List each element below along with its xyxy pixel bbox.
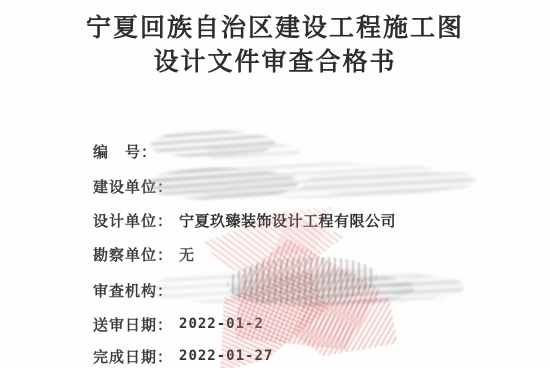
document-title-line1: 宁夏回族自治区建设工程施工图 xyxy=(0,8,550,44)
field-label-designer: 设计单位： xyxy=(93,210,173,231)
certificate-document: 宁夏回族自治区建设工程施工图 设计文件审查合格书 编 号： 建设单位： 设计单位… xyxy=(0,0,550,368)
stamp-gray-smear xyxy=(226,254,378,308)
field-label-reviewer: 审查机构： xyxy=(93,280,173,301)
field-row-number: 编 号： xyxy=(93,140,163,162)
field-value-submit-date: 2022-01-2 xyxy=(179,316,264,332)
field-label-submit-date: 送审日期： xyxy=(93,314,173,335)
red-stamp-seal xyxy=(203,210,405,360)
field-row-complete-date: 完成日期： 2022-01-27 xyxy=(93,345,273,367)
field-row-owner: 建设单位： xyxy=(93,175,179,197)
field-row-reviewer: 审查机构： xyxy=(93,279,179,301)
field-label-owner: 建设单位： xyxy=(93,176,173,197)
field-row-submit-date: 送审日期： 2022-01-2 xyxy=(93,313,264,335)
field-label-complete-date: 完成日期： xyxy=(93,346,173,367)
field-label-surveyor: 勘察单位： xyxy=(93,244,173,265)
field-label-number: 编 号： xyxy=(93,141,157,162)
stamp-stroke xyxy=(257,194,349,269)
field-row-designer: 设计单位： 宁夏玖臻装饰设计工程有限公司 xyxy=(93,209,396,231)
stamp-stroke xyxy=(292,290,401,363)
document-title-line2: 设计文件审查合格书 xyxy=(0,42,550,78)
field-row-surveyor: 勘察单位： 无 xyxy=(93,243,195,265)
field-value-surveyor: 无 xyxy=(179,244,195,265)
field-value-designer: 宁夏玖臻装饰设计工程有限公司 xyxy=(179,210,396,231)
field-value-complete-date: 2022-01-27 xyxy=(179,348,273,364)
stamp-stroke xyxy=(215,230,386,362)
